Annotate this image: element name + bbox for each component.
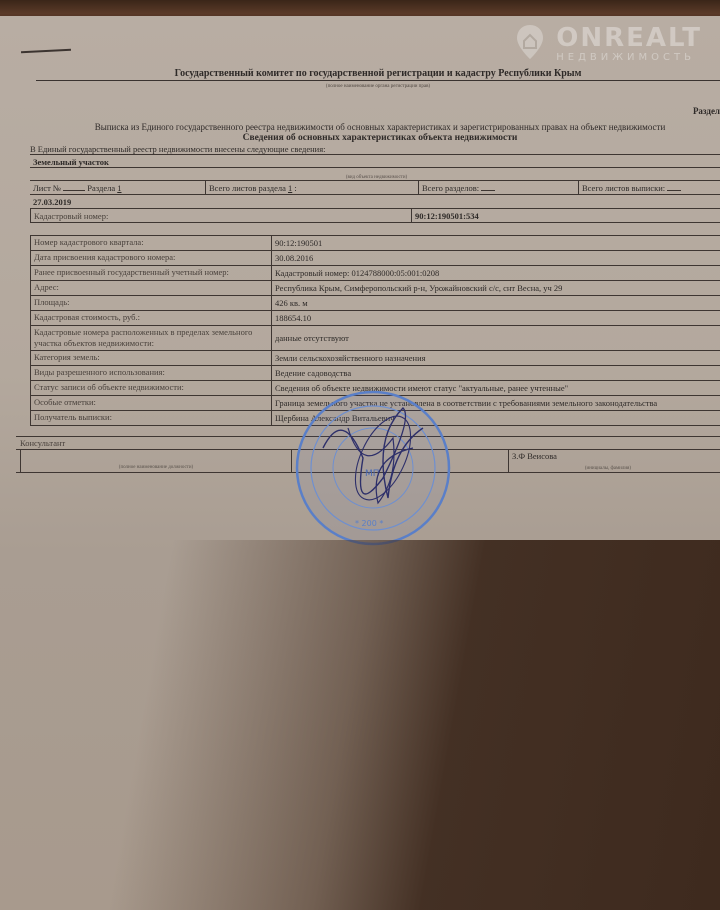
table-row: Номер кадастрового квартала:90:12:190501	[30, 236, 720, 251]
watermark: ONREALT НЕДВИЖИМОСТЬ	[556, 24, 702, 64]
section-label: Раздел	[693, 106, 720, 116]
sheet-info-row: Лист № Раздела 1 Всего листов раздела 1 …	[30, 181, 720, 195]
name-caption: (инициалы, фамилия)	[585, 466, 631, 471]
organization-name: Государственный комитет по государственн…	[36, 68, 720, 81]
table-row: Дата присвоения кадастрового номера:30.0…	[30, 251, 720, 266]
table-row: Виды разрешенного использования:Ведение …	[30, 366, 720, 381]
watermark-brand: ONREALT	[556, 24, 702, 52]
extract-date: 27.03.2019	[30, 195, 71, 208]
sheet-number: Лист № Раздела 1	[30, 181, 205, 194]
cadastral-number-row: Кадастровый номер: 90:12:190501:534	[30, 209, 720, 223]
location-pin-icon	[516, 24, 544, 60]
row-label: Дата присвоения кадастрового номера:	[30, 251, 272, 265]
row-value: Сведения об объекте недвижимости имеют с…	[272, 381, 720, 395]
organization-caption: (полное наименование органа регистрации …	[36, 84, 720, 89]
table-row: Кадастровые номера расположенных в преде…	[30, 326, 720, 351]
table-row: Площадь:426 кв. м	[30, 296, 720, 311]
consultant-name: З.Ф Веисова	[509, 450, 720, 462]
object-header-grid: Земельный участок (вид объекта недвижимо…	[30, 154, 720, 223]
row-label: Адрес:	[30, 281, 272, 295]
row-label: Кадастровые номера расположенных в преде…	[30, 326, 272, 350]
document-subtitle: Сведения об основных характеристиках объ…	[0, 133, 720, 143]
characteristics-table: Номер кадастрового квартала:90:12:190501…	[30, 235, 720, 426]
row-value: 426 кв. м	[272, 296, 720, 310]
document-title: Выписка из Единого государственного реес…	[0, 122, 720, 132]
row-label: Категория земель:	[30, 351, 272, 365]
cadastral-number-label: Кадастровый номер:	[31, 209, 108, 222]
total-sheets: Всего листов выписки:	[578, 181, 720, 194]
row-value: Кадастровый номер: 0124788000:05:001:020…	[272, 266, 720, 280]
row-label: Кадастровая стоимость, руб.:	[30, 311, 272, 325]
row-label: Получатель выписки:	[30, 411, 272, 425]
row-value: Щербина Александр Витальевич	[272, 411, 720, 425]
row-value: Земли сельскохозяйственного назначения	[272, 351, 720, 365]
object-type-caption-row: (вид объекта недвижимости)	[30, 168, 720, 181]
row-value: Граница земельного участка не установлен…	[272, 396, 720, 410]
watermark-subtitle: НЕДВИЖИМОСТЬ	[556, 52, 702, 64]
total-sections: Всего разделов:	[418, 181, 578, 194]
table-row: Статус записи об объекте недвижимости:Св…	[30, 381, 720, 396]
cadastral-number: 90:12:190501:534	[411, 209, 479, 222]
object-type-row: Земельный участок	[30, 154, 720, 168]
table-row: Особые отметки:Граница земельного участк…	[30, 396, 720, 411]
consultant-label: Консультант	[16, 436, 720, 450]
row-label: Ранее присвоенный государственный учетны…	[30, 266, 272, 280]
consultant-position: (полное наименование должности)	[20, 450, 292, 472]
row-label: Статус записи об объекте недвижимости:	[30, 381, 272, 395]
row-value: Республика Крым, Симферопольский р-н, Ур…	[272, 281, 720, 295]
table-row: Ранее присвоенный государственный учетны…	[30, 266, 720, 281]
row-label: Номер кадастрового квартала:	[30, 236, 272, 250]
row-value: данные отсутствуют	[272, 326, 720, 350]
row-value: 90:12:190501	[272, 236, 720, 250]
intro-text: В Единый государственный реестр недвижим…	[30, 144, 326, 154]
table-row: Адрес:Республика Крым, Симферопольский р…	[30, 281, 720, 296]
consultant-name-cell: З.Ф Веисова (инициалы, фамилия)	[508, 450, 720, 472]
object-type: Земельный участок	[30, 155, 109, 167]
row-value: 30.08.2016	[272, 251, 720, 265]
table-row: Категория земель:Земли сельскохозяйствен…	[30, 351, 720, 366]
row-label: Особые отметки:	[30, 396, 272, 410]
row-value: 188654.10	[272, 311, 720, 325]
row-value: Ведение садоводства	[272, 366, 720, 380]
object-type-caption: (вид объекта недвижимости)	[30, 168, 720, 180]
sheets-in-section: Всего листов раздела 1 :	[205, 181, 418, 194]
table-row: Получатель выписки:Щербина Александр Вит…	[30, 411, 720, 426]
row-label: Виды разрешенного использования:	[30, 366, 272, 380]
consultant-block: Консультант (полное наименование должнос…	[16, 436, 720, 473]
position-caption: (полное наименование должности)	[21, 465, 291, 470]
table-row: Кадастровая стоимость, руб.:188654.10	[30, 311, 720, 326]
date-row: 27.03.2019	[30, 195, 720, 209]
row-label: Площадь:	[30, 296, 272, 310]
